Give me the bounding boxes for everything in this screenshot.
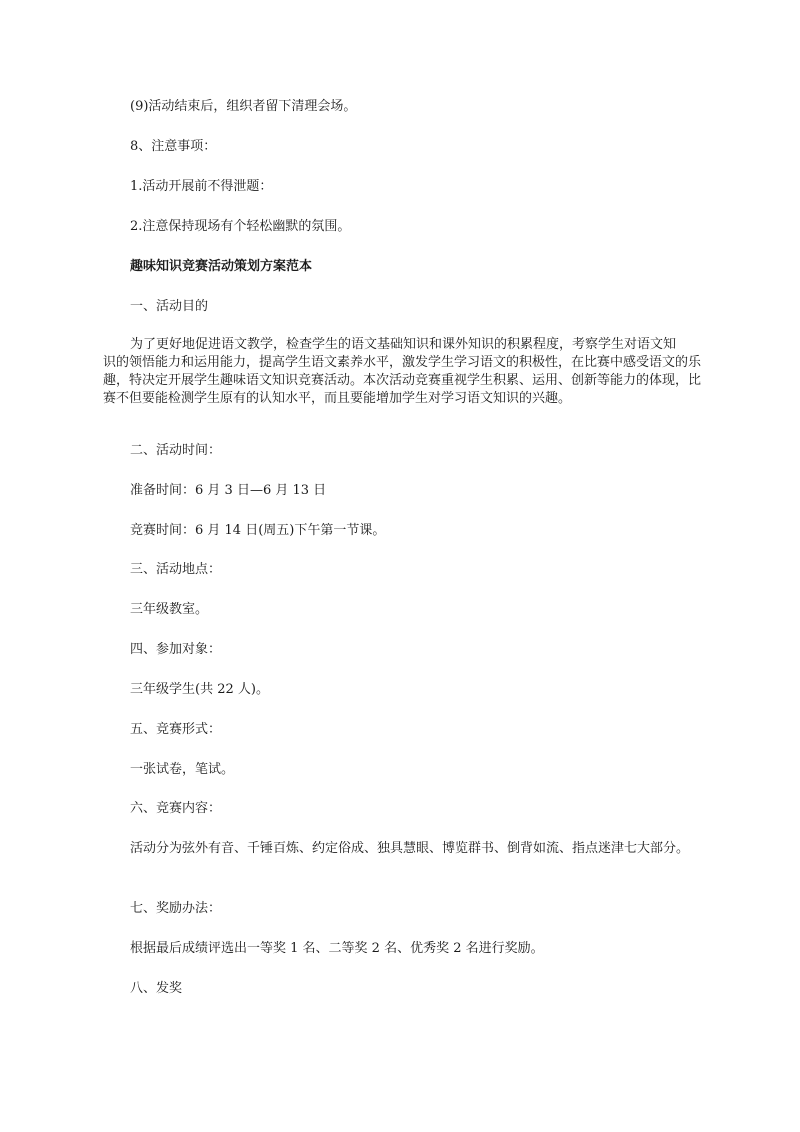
paragraph-line: 趣，特决定开展学生趣味语文知识竞赛活动。本次活动竞赛重视学生积累、运用、创新等能… [103,372,701,390]
section-heading-content: 六、竞赛内容： [130,801,221,817]
paragraph-line: 识的领悟能力和运用能力，提高学生语文素养水平，激发学生学习语文的积极性，在比赛中… [103,354,701,372]
purpose-paragraph: 为了更好地促进语文教学，检查学生的语文基础知识和课外知识的积累程度，考察学生对语… [103,336,701,408]
text-line-note-2: 2.注意保持现场有个轻松幽默的氛围。 [130,219,350,235]
text-line-note-1: 1.活动开展前不得泄题： [130,179,272,195]
paragraph-line: 赛不但要能检测学生原有的认知水平，而且要能增加学生对学习语文知识的兴趣。 [103,390,701,408]
section-heading-participants: 四、参加对象： [130,642,221,658]
section-heading-awarding: 八、发奖 [130,981,182,997]
location-text: 三年级教室。 [130,602,208,618]
competition-time-text: 竞赛时间：6 月 14 日(周五)下午第一节课。 [130,523,385,539]
text-line-cleanup: (9)活动结束后，组织者留下清理会场。 [130,99,356,115]
participants-text: 三年级学生(共 22 人)。 [130,682,269,698]
prep-time-text: 准备时间：6 月 3 日—6 月 13 日 [130,483,326,499]
section-heading-purpose: 一、活动目的 [130,299,208,315]
heading-notes: 8、注意事项： [130,139,216,155]
rewards-text: 根据最后成绩评选出一等奖 1 名、二等奖 2 名、优秀奖 2 名进行奖励。 [130,941,544,957]
document-title: 趣味知识竞赛活动策划方案范本 [130,259,312,275]
section-heading-location: 三、活动地点： [130,562,221,578]
format-text: 一张试卷，笔试。 [130,762,234,778]
section-heading-format: 五、竞赛形式： [130,722,221,738]
paragraph-line: 为了更好地促进语文教学，检查学生的语文基础知识和课外知识的积累程度，考察学生对语… [103,336,701,354]
section-heading-rewards: 七、奖励办法： [130,901,221,917]
document-page: (9)活动结束后，组织者留下清理会场。 8、注意事项： 1.活动开展前不得泄题：… [0,0,800,1132]
content-text: 活动分为弦外有音、千锤百炼、约定俗成、独具慧眼、博览群书、倒背如流、指点迷津七大… [130,841,689,857]
section-heading-time: 二、活动时间： [130,443,221,459]
